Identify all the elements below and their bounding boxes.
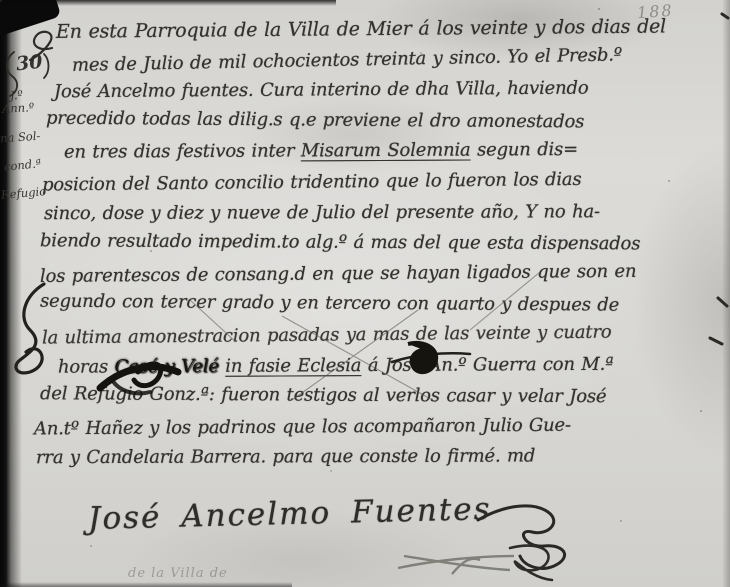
bottom-rubric-swirl [510, 546, 552, 580]
record-line: biendo resultado impedim.to alg.º á mas … [30, 226, 728, 260]
scan-edge-bottom [0, 582, 292, 587]
pencil-scribble [398, 556, 514, 574]
manuscript-scan-page: 188 30 J.º Ann.º na Sol- cond.ª Refugio … [0, 0, 730, 587]
record-line: la ultima amonestracion pasadas ya mas d… [30, 316, 728, 354]
priest-signature: José Ancelmo Fuentes [88, 491, 492, 537]
record-line: sinco, dose y diez y nueve de Julio del … [30, 196, 728, 229]
paper-specks [0, 0, 2, 2]
ink-blotted-words: Casé y Velé [114, 355, 218, 377]
line-text: horas [58, 356, 115, 377]
record-line: rra y Candelaria Barrera. para que const… [30, 441, 728, 474]
record-line: José Ancelmo fuentes. Cura interino de d… [30, 73, 728, 108]
underlined-latin-phrase: Misarum Solemnia [301, 140, 471, 162]
line-text: en tres dias festivos inter [64, 141, 301, 163]
scan-edge-top [0, 0, 336, 6]
record-line: horas Casé y Velé in fasie Eclesia á Jos… [30, 349, 728, 383]
record-line: del Refugio Gonz.ª: fueron testigos al v… [30, 379, 728, 413]
line-text: á José An.º Guerra con M.ª [361, 353, 613, 375]
record-line: precedido todas las dilig.s q.e previene… [30, 103, 728, 138]
record-line: An.tº Hañez y los padrinos que los acomp… [30, 409, 728, 444]
record-line: posicion del Santo concilio tridentino q… [30, 163, 728, 201]
record-body: En esta Parroquia de la Villa de Mier á … [30, 14, 728, 473]
bottom-faded-text: de la Villa de [128, 566, 228, 581]
underlined-latin-phrase: in fasie Eclesia [225, 355, 361, 377]
line-text: segun dis= [470, 139, 578, 161]
